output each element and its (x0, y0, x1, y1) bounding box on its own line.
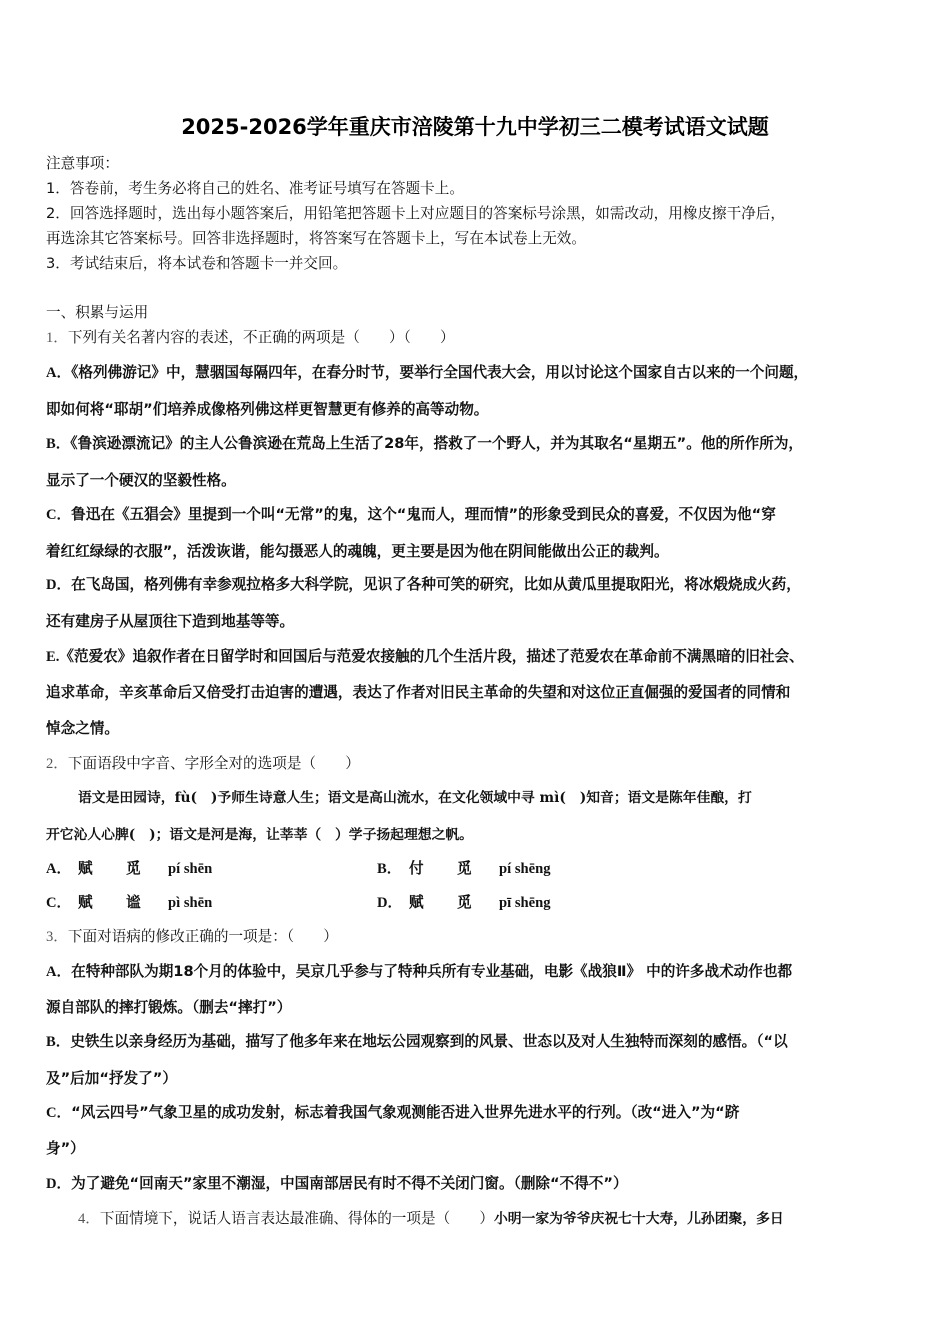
option-label: E. (46, 649, 59, 665)
q1-option-d-cont: 还有建房子从屋顶往下造到地基等等。 (46, 610, 294, 631)
question-number: 4． (78, 1211, 100, 1227)
q1-option-e-cont-1: 追求革命，辛亥革命后又倍受打击迫害的遭遇，表达了作者对旧民主革命的失望和对这位正… (46, 681, 790, 702)
notice-item-1: 1．答卷前，考生务必将自己的姓名、准考证号填写在答题卡上。 (46, 177, 464, 198)
q2-option-d: D．赋觅pī shēng (377, 891, 551, 912)
q1-option-a: A．《格列佛游记》中，慧骃国每隔四年，在春分时节，要举行全国代表大会，用以讨论这… (46, 361, 808, 382)
q3-option-a-cont: 源自部队的摔打锻炼。（删去“摔打”） (46, 996, 291, 1017)
q1-option-e-cont-2: 悼念之情。 (46, 717, 119, 738)
option-pinyin: pī shēng (499, 895, 551, 912)
option-text: 在飞岛国，格列佛有幸参观拉格多大科学院，见识了各种可笑的研究，比如从黄瓜里提取阳… (71, 576, 801, 593)
question-text: 下面语段中字音、字形全对的选项是（ ） (68, 755, 360, 772)
option-text: 在特种部队为期18个月的体验中，吴京几乎参与了特种兵所有专业基础，电影《战狼Ⅱ》… (71, 963, 792, 980)
q1-option-a-cont: 即如何将“耶胡”们培养成像格列佛这样更智慧更有修养的高等动物。 (46, 398, 488, 419)
option-pinyin: pì shēn (168, 895, 212, 912)
q3-option-c-cont: 身”） (46, 1137, 85, 1158)
question-context: 小明一家为爷爷庆祝七十大寿，儿孙团聚，多日 (494, 1211, 784, 1227)
q2-option-a: A．赋觅pí shēn (46, 857, 212, 878)
q2-passage-line-2: 开它沁人心脾( )；语文是河是海，让莘莘（ ）学子扬起理想之帆。 (46, 823, 473, 843)
option-label: D． (377, 891, 409, 912)
q1-option-b-cont: 显示了一个硬汉的坚毅性格。 (46, 469, 236, 490)
question-text: 下面对语病的修改正确的一项是：（ ） (68, 928, 338, 945)
option-char-1: 赋 (409, 891, 457, 912)
q3-option-c: C．“风云四号”气象卫星的成功发射，标志着我国气象观测能否进入世界先进水平的行列… (46, 1101, 739, 1122)
q1-option-e: E.《范爱农》追叙作者在日留学时和回国后与范爱农接触的几个生活片段，描述了范爱农… (46, 645, 804, 666)
option-text: 为了避免“回南天”家里不潮湿，中国南部居民有时不得不关闭门窗。（删除“不得不”） (71, 1175, 627, 1192)
q2-option-b: B．付觅pí shēng (377, 857, 551, 878)
option-label: C． (46, 1105, 71, 1121)
q1-option-b: B．《鲁滨逊漂流记》的主人公鲁滨逊在荒岛上生活了28年，搭救了一个野人，并为其取… (46, 432, 803, 453)
question-text: 下面情境下，说话人语言表达最准确、得体的一项是（ ） (100, 1210, 494, 1227)
notice-item-3: 3．考试结束后，将本试卷和答题卡一并交回。 (46, 252, 347, 273)
option-label: A． (46, 964, 71, 980)
option-label: B． (377, 857, 409, 878)
notice-item-2-cont: 再选涂其它答案标号。回答非选择题时，将答案写在答题卡上，写在本试卷上无效。 (46, 227, 586, 248)
q3-option-a: A．在特种部队为期18个月的体验中，吴京几乎参与了特种兵所有专业基础，电影《战狼… (46, 960, 792, 981)
option-char-2: 谧 (126, 891, 168, 912)
question-1-stem: 1．下列有关名著内容的表述，不正确的两项是（ ）（ ） (46, 326, 455, 347)
option-label: C． (46, 891, 78, 912)
option-char-2: 觅 (126, 857, 168, 878)
option-label: B． (46, 1034, 70, 1050)
option-label: A． (46, 857, 78, 878)
q3-option-b-cont: 及”后加“抒发了”） (46, 1067, 177, 1088)
question-3-stem: 3．下面对语病的修改正确的一项是：（ ） (46, 925, 338, 946)
section-heading: 一、积累与运用 (46, 301, 148, 322)
option-pinyin: pí shēng (499, 861, 551, 878)
q2-option-c: C．赋谧pì shēn (46, 891, 212, 912)
q1-option-c-cont: 着红红绿绿的衣服”，活泼诙谐，能勾摄恶人的魂魄，更主要是因为他在阴间能做出公正的… (46, 540, 669, 561)
option-label: D． (46, 577, 71, 593)
q3-option-d: D．为了避免“回南天”家里不潮湿，中国南部居民有时不得不关闭门窗。（删除“不得不… (46, 1172, 628, 1193)
option-label: B． (46, 436, 70, 452)
option-text: 鲁迅在《五猖会》里提到一个叫“无常”的鬼，这个“鬼而人，理而情”的形象受到民众的… (71, 506, 776, 523)
exam-page: 2025-2026学年重庆市涪陵第十九中学初三二模考试语文试题 注意事项： 1．… (0, 0, 950, 1344)
option-char-1: 赋 (78, 891, 126, 912)
option-text: 史铁生以亲身经历为基础，描写了他多年来在地坛公园观察到的风景、世态以及对人生独特… (70, 1033, 787, 1050)
q3-option-b: B．史铁生以亲身经历为基础，描写了他多年来在地坛公园观察到的风景、世态以及对人生… (46, 1030, 788, 1051)
question-2-stem: 2．下面语段中字音、字形全对的选项是（ ） (46, 752, 360, 773)
option-text: 《鲁滨逊漂流记》的主人公鲁滨逊在荒岛上生活了28年，搭救了一个野人，并为其取名“… (70, 435, 803, 452)
q2-passage-line-1: 语文是田园诗，fù( )予师生诗意人生；语文是高山流水，在文化领域中寻 mì( … (46, 786, 752, 806)
question-4-stem: 4．下面情境下，说话人语言表达最准确、得体的一项是（ ）小明一家为爷爷庆祝七十大… (78, 1207, 784, 1228)
q1-option-d: D．在飞岛国，格列佛有幸参观拉格多大科学院，见识了各种可笑的研究，比如从黄瓜里提… (46, 573, 801, 594)
question-number: 2． (46, 756, 68, 772)
page-title: 2025-2026学年重庆市涪陵第十九中学初三二模考试语文试题 (0, 111, 950, 141)
option-text: 《范爱农》追叙作者在日留学时和回国后与范爱农接触的几个生活片段，描述了范爱农在革… (59, 648, 803, 665)
notice-item-2: 2．回答选择题时，选出每小题答案后，用铅笔把答题卡上对应题目的答案标号涂黑，如需… (46, 202, 785, 223)
option-label: A． (46, 365, 71, 381)
option-char-2: 觅 (457, 857, 499, 878)
option-char-1: 赋 (78, 857, 126, 878)
option-label: D． (46, 1176, 71, 1192)
option-pinyin: pí shēn (168, 861, 212, 878)
notice-heading: 注意事项： (46, 152, 119, 173)
option-text: “风云四号”气象卫星的成功发射，标志着我国气象观测能否进入世界先进水平的行列。（… (71, 1104, 739, 1121)
option-text: 《格列佛游记》中，慧骃国每隔四年，在春分时节，要举行全国代表大会，用以讨论这个国… (71, 364, 808, 381)
question-text: 下列有关名著内容的表述，不正确的两项是（ ）（ ） (68, 329, 455, 346)
q1-option-c: C．鲁迅在《五猖会》里提到一个叫“无常”的鬼，这个“鬼而人，理而情”的形象受到民… (46, 503, 776, 524)
option-char-1: 付 (409, 857, 457, 878)
option-label: C． (46, 507, 71, 523)
question-number: 3． (46, 929, 68, 945)
option-char-2: 觅 (457, 891, 499, 912)
question-number: 1． (46, 330, 68, 346)
